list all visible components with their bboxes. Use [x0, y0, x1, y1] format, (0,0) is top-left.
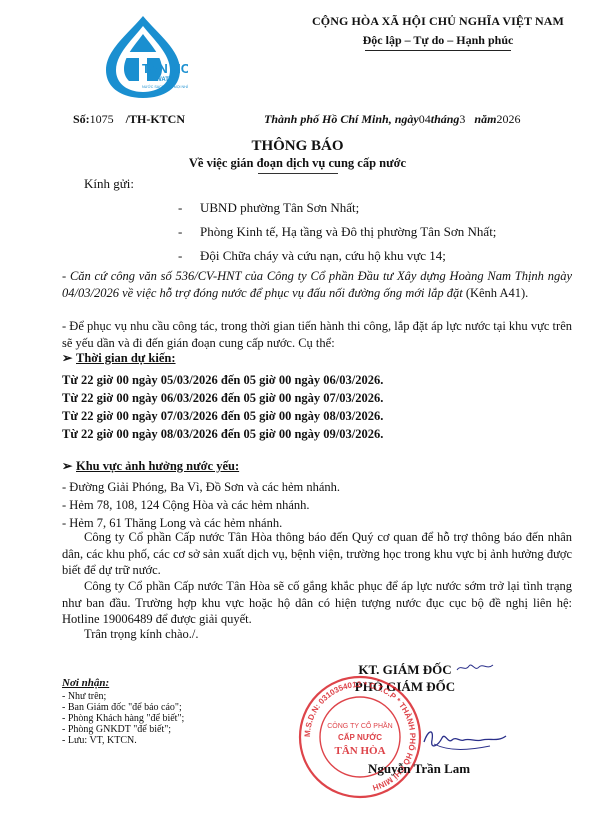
initials-mark — [455, 660, 495, 674]
recipient-item: -Đội Chữa cháy và cứu nạn, cứu hộ khu vự… — [178, 244, 496, 268]
national-header: CỘNG HÒA XÃ HỘI CHỦ NGHĨA VIỆT NAM Độc l… — [298, 14, 578, 51]
document-title: THÔNG BÁO Về việc gián đoạn dịch vụ cung… — [0, 138, 595, 174]
receivers-heading: Nơi nhận: — [62, 678, 184, 689]
paragraph-basis: - Căn cứ công văn số 536/CV-HNT của Công… — [62, 268, 572, 301]
paragraph-notice: Công ty Cổ phần Cấp nước Tân Hòa thông b… — [62, 529, 572, 579]
areas-heading: ➢Khu vực ảnh hưởng nước yếu: — [62, 458, 572, 475]
document-number-value: 1075 — [90, 112, 114, 126]
svg-text:CẤP NƯỚC: CẤP NƯỚC — [338, 732, 382, 742]
schedule-item: Từ 22 giờ 00 ngày 06/03/2026 đến 05 giờ … — [62, 389, 572, 407]
arrow-bullet-icon: ➢ — [62, 350, 76, 367]
receiver-item: - Lưu: VT, KTCN. — [62, 735, 184, 746]
date-month: 3 — [459, 112, 465, 126]
area-item: - Hẻm 78, 108, 124 Cộng Hòa và các hẻm n… — [62, 496, 572, 514]
title-underline — [258, 173, 338, 174]
paragraph-remedy: Công ty Cổ phần Cấp nước Tân Hòa sẽ cố g… — [62, 578, 572, 628]
document-page: TAN HOA WATER NƯỚC SẠCH CỦA MỌI NHÀ CỘNG… — [0, 0, 595, 835]
date-day: 04 — [419, 112, 431, 126]
svg-text:WATER: WATER — [156, 77, 178, 83]
title-main: THÔNG BÁO — [0, 138, 595, 155]
tan-hoa-water-logo: TAN HOA WATER NƯỚC SẠCH CỦA MỌI NHÀ — [98, 14, 188, 100]
receiver-item: - Phòng GNKDT "để biết"; — [62, 724, 184, 735]
svg-text:TAN HOA: TAN HOA — [142, 61, 188, 76]
receiver-item: - Như trên; — [62, 691, 184, 702]
signer-name: Nguyễn Trần Lam — [368, 761, 470, 777]
arrow-bullet-icon: ➢ — [62, 458, 76, 475]
paragraph-purpose: - Để phục vụ nhu cầu công tác, trong thờ… — [62, 318, 572, 351]
receiver-item: - Phòng Khách hàng "để biết"; — [62, 713, 184, 724]
schedule-item: Từ 22 giờ 00 ngày 07/03/2026 đến 05 giờ … — [62, 407, 572, 425]
schedule-list: Từ 22 giờ 00 ngày 05/03/2026 đến 05 giờ … — [62, 371, 572, 443]
schedule-item: Từ 22 giờ 00 ngày 05/03/2026 đến 05 giờ … — [62, 371, 572, 389]
handwritten-signature — [420, 720, 510, 760]
closing: Trân trọng kính chào./. — [62, 626, 572, 643]
areas-section: ➢Khu vực ảnh hưởng nước yếu: - Đường Giả… — [62, 458, 572, 532]
company-stamp: M.S.D.N: 0310354012 * C.T.C.P * THÀNH PH… — [295, 672, 425, 802]
motto-underline — [365, 50, 511, 51]
national-title: CỘNG HÒA XÃ HỘI CHỦ NGHĨA VIỆT NAM — [298, 14, 578, 29]
receiver-item: - Ban Giám đốc "để báo cáo"; — [62, 702, 184, 713]
schedule-heading: ➢Thời gian dự kiến: — [62, 350, 572, 367]
recipient-item: -Phòng Kinh tế, Hạ tầng và Đô thị phường… — [178, 220, 496, 244]
date-year: 2026 — [496, 112, 520, 126]
receivers-block: Nơi nhận: - Như trên; - Ban Giám đốc "để… — [62, 678, 184, 746]
svg-text:CÔNG TY CỔ PHẦN: CÔNG TY CỔ PHẦN — [327, 720, 392, 730]
national-motto: Độc lập – Tự do – Hạnh phúc — [298, 33, 578, 48]
greeting: Kính gửi: — [84, 176, 134, 192]
schedule-item: Từ 22 giờ 00 ngày 08/03/2026 đến 05 giờ … — [62, 425, 572, 443]
area-item: - Đường Giải Phóng, Ba Vì, Đồ Sơn và các… — [62, 478, 572, 496]
document-number: Số:1075 /TH-KTCN — [73, 112, 185, 127]
svg-text:NƯỚC SẠCH CỦA MỌI NHÀ: NƯỚC SẠCH CỦA MỌI NHÀ — [142, 84, 188, 89]
recipient-list: -UBND phường Tân Sơn Nhất; -Phòng Kinh t… — [178, 196, 496, 268]
schedule-section: ➢Thời gian dự kiến: Từ 22 giờ 00 ngày 05… — [62, 350, 572, 443]
title-subject: Về việc gián đoạn dịch vụ cung cấp nước — [0, 156, 595, 171]
svg-text:TÂN HÒA: TÂN HÒA — [334, 745, 385, 757]
areas-list: - Đường Giải Phóng, Ba Vì, Đồ Sơn và các… — [62, 478, 572, 532]
recipient-item: -UBND phường Tân Sơn Nhất; — [178, 196, 496, 220]
place-date: Thành phố Hồ Chí Minh, ngày04tháng3 năm2… — [264, 112, 520, 127]
